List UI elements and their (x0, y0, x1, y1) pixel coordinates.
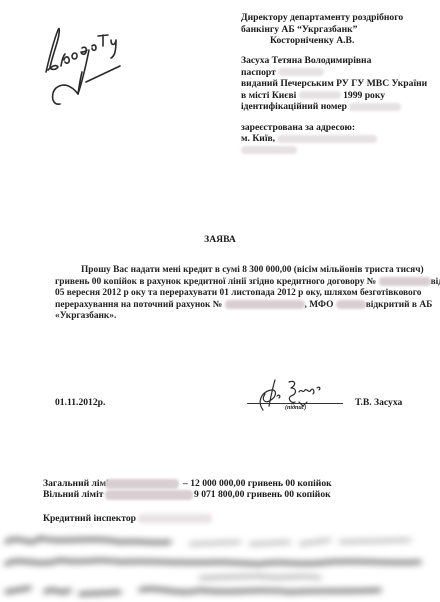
signature-line (247, 403, 343, 404)
redacted-free-limit-detail (105, 490, 193, 500)
signature-block: (підпис) Т.В. Засуха (247, 376, 440, 416)
issued-year: 1999 року (343, 90, 385, 101)
body-line-1-text: Прошу Вас надати мені кредит в сумі 8 30… (81, 265, 424, 277)
redacted-passport-number (278, 68, 324, 76)
issued-by-line: виданий Печерським РУ ГУ МВС України (241, 78, 427, 90)
issued-city: в місті Києві (241, 90, 296, 101)
credit-inspector-label: Кредитний інспектор (43, 513, 136, 524)
body-line-3-text: 05 вересня 2012 р оку та перерахувати 01… (55, 288, 421, 300)
applicant-block: Засуха Тетяна Володимирівна паспорт вида… (241, 55, 427, 156)
redacted-tax-id (349, 103, 401, 111)
redacted-total-limit-detail (105, 479, 179, 489)
redacted-inspector-name (138, 514, 212, 523)
credit-inspector-line: Кредитний інспектор (43, 513, 212, 525)
address-line-2 (241, 145, 427, 157)
application-body: Прошу Вас надати мені кредит в сумі 8 30… (55, 265, 415, 323)
free-limit-label: Вільний ліміт (43, 489, 105, 501)
total-limit-label: Загальний ліміт (43, 478, 105, 490)
signer-name: Т.В. Засуха (355, 397, 402, 408)
body-line-1: Прошу Вас надати мені кредит в сумі 8 30… (55, 265, 415, 277)
tax-id-label: ідентифікаційний номер (241, 101, 347, 112)
blurred-handwritten-notes (0, 530, 440, 602)
free-limit-row: Вільний ліміт 9 071 800,00 гривень 00 ко… (43, 489, 332, 500)
contract-from-label: від (431, 277, 440, 289)
application-date: 01.11.2012р. (55, 397, 105, 409)
applicant-name: Засуха Тетяна Володимирівна (241, 55, 427, 67)
address-city: м. Київ, (241, 133, 275, 144)
redacted-street-address (277, 135, 377, 143)
body-line-4: перерахування на поточний рахунок № , МФ… (55, 300, 415, 312)
account-label: перерахування на поточний рахунок № (55, 300, 222, 310)
tax-id-line: ідентифікаційний номер (241, 101, 427, 113)
address-line: м. Київ, (241, 133, 427, 145)
addressee-block: Директору департаменту роздрібного банкі… (241, 12, 403, 47)
redacted-contract-number (379, 277, 431, 286)
contract-text: гривень 00 копійок в рахунок кредитної л… (55, 277, 376, 287)
limits-block: Загальний ліміт – 12 000 000,00 гривень … (43, 478, 332, 500)
registered-label: зареєстрована за адресою: (241, 122, 427, 134)
body-line-2-text: гривень 00 копійок в рахунок кредитної л… (55, 277, 431, 289)
body-line-4-account: перерахування на поточний рахунок № , МФ… (55, 300, 366, 312)
total-limit-row: Загальний ліміт – 12 000 000,00 гривень … (43, 478, 332, 489)
opened-in-bank-label: відкритий в АБ (366, 300, 433, 312)
issued-date-line: в місті Києві 1999 року (241, 90, 427, 102)
passport-label: паспорт (241, 67, 276, 78)
resolution-handwriting (20, 10, 120, 110)
body-line-3: 05 вересня 2012 р оку та перерахувати 01… (55, 288, 415, 300)
redacted-apartment (241, 146, 297, 154)
document-title: ЗАЯВА (0, 234, 440, 245)
body-line-5: «Укргазбанк». (55, 311, 415, 323)
handwritten-resolution-icon (20, 10, 130, 115)
total-limit-value: – 12 000 000,00 гривень 00 копійок (183, 478, 332, 490)
blurred-handwriting-icon (0, 530, 440, 602)
signature-caption: (підпис) (285, 405, 306, 411)
redacted-issue-date (299, 91, 341, 99)
body-line-2: гривень 00 копійок в рахунок кредитної л… (55, 277, 415, 289)
redacted-account-number (225, 300, 305, 309)
passport-line: паспорт (241, 67, 427, 79)
addressee-line-1: Директору департаменту роздрібного (241, 12, 403, 24)
redacted-mfo (336, 300, 366, 309)
addressee-line-2: банкінгу АБ “Укргазбанк” (241, 24, 403, 36)
free-limit-value: 9 071 800,00 гривень 00 копійок (194, 489, 331, 501)
mfo-label: , МФО (305, 300, 334, 310)
bank-name: «Укргазбанк». (55, 311, 116, 323)
addressee-name: Косторнiченку А.В. (241, 35, 403, 47)
